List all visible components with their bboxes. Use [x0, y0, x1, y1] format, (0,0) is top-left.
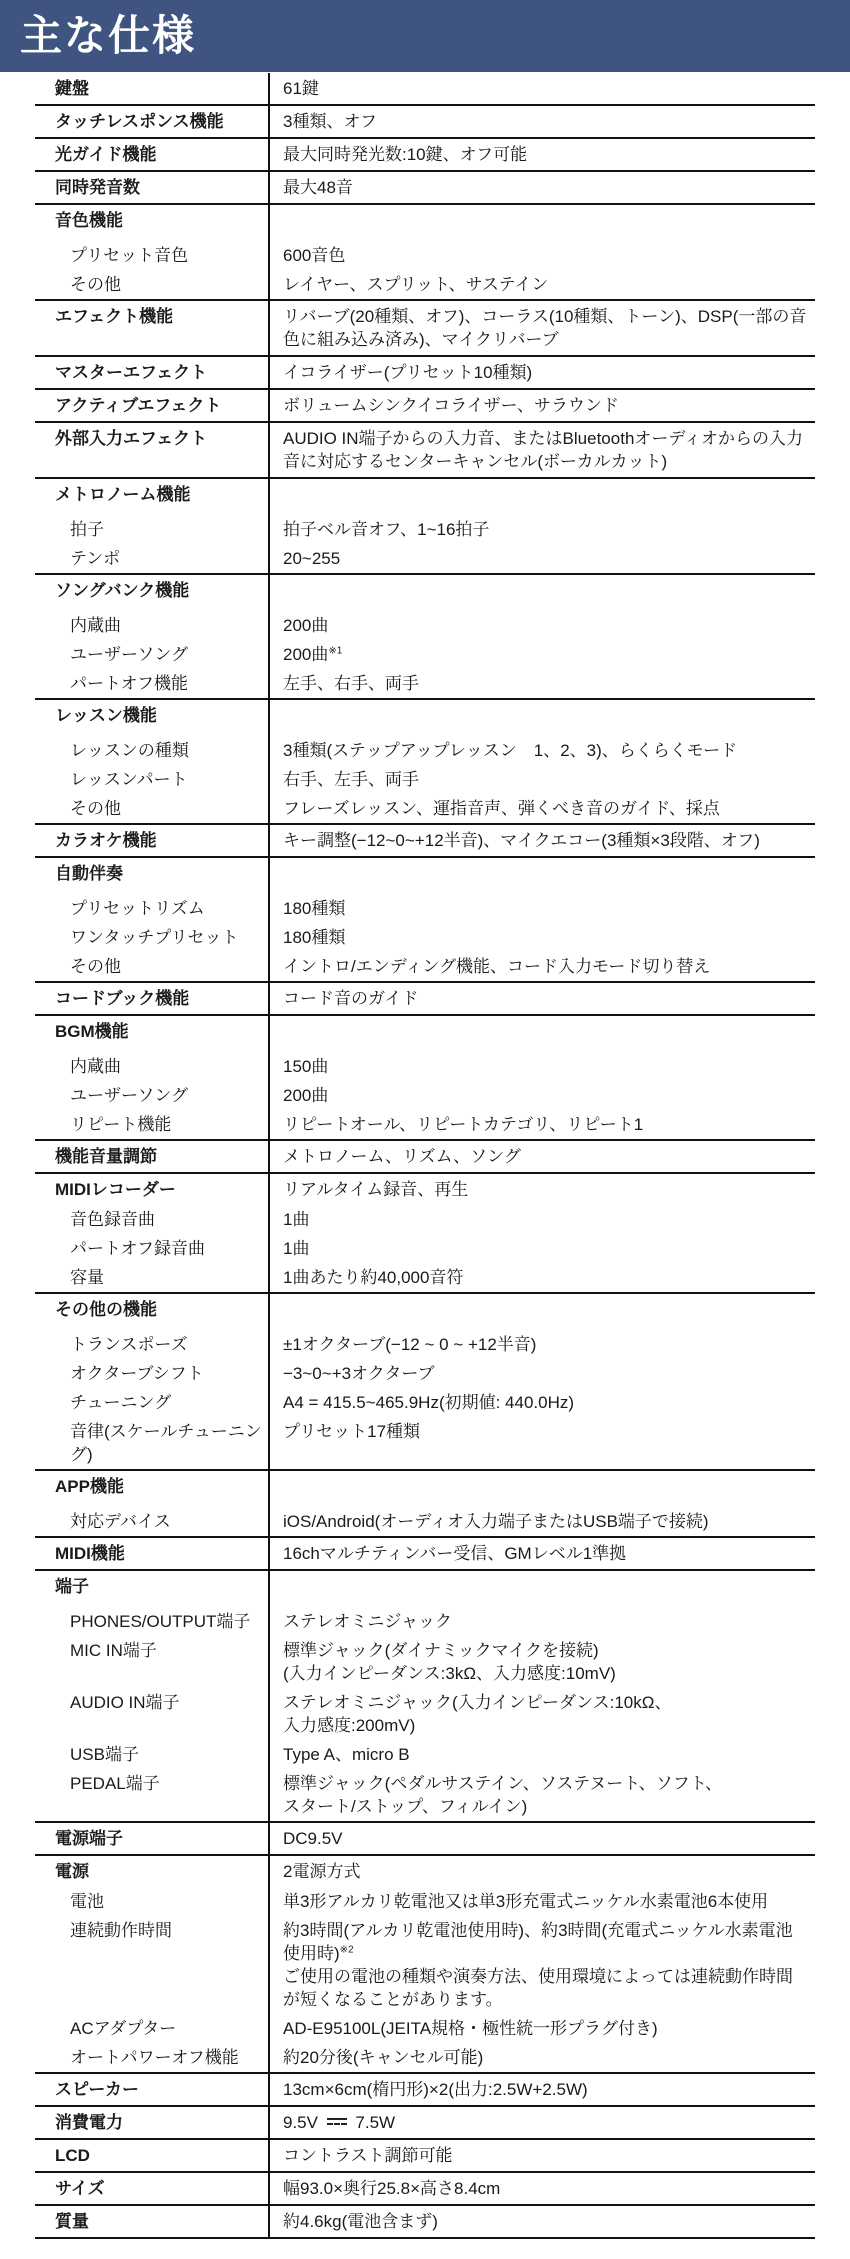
dc-symbol-icon	[327, 2118, 347, 2125]
spec-value	[268, 1571, 815, 1607]
spec-label: ユーザーソング	[35, 640, 268, 669]
spec-value: 最大同時発光数:10鍵、オフ可能	[268, 139, 815, 170]
spec-row: その他レイヤー、スプリット、サステイン	[35, 270, 815, 299]
spec-row: 内蔵曲200曲	[35, 611, 815, 640]
spec-label: LCD	[35, 2140, 268, 2171]
spec-value: 約3時間(アルカリ乾電池使用時)、約3時間(充電式ニッケル水素電池使用時)※2ご…	[268, 1916, 815, 2014]
spec-row: マスターエフェクトイコライザー(プリセット10種類)	[35, 355, 815, 388]
spec-value: 3種類(ステップアップレッスン 1、2、3)、らくらくモード	[268, 736, 815, 765]
spec-value	[268, 858, 815, 894]
spec-row: 拍子拍子ベル音オフ、1~16拍子	[35, 515, 815, 544]
spec-value: 左手、右手、両手	[268, 669, 815, 698]
spec-value: ボリュームシンクイコライザー、サラウンド	[268, 390, 815, 421]
spec-value: 3種類、オフ	[268, 106, 815, 137]
spec-value: 200曲※1	[268, 640, 815, 669]
spec-label: PHONES/OUTPUT端子	[35, 1607, 268, 1636]
spec-row: 外部入力エフェクトAUDIO IN端子からの入力音、またはBluetoothオー…	[35, 421, 815, 477]
spec-label: オートパワーオフ機能	[35, 2043, 268, 2072]
spec-row: スピーカー13cm×6cm(楕円形)×2(出力:2.5W+2.5W)	[35, 2072, 815, 2105]
spec-row: パートオフ録音曲1曲	[35, 1234, 815, 1263]
spec-value: 20~255	[268, 544, 815, 573]
spec-row: 端子	[35, 1569, 815, 1607]
spec-label: リピート機能	[35, 1110, 268, 1139]
spec-row: テンポ20~255	[35, 544, 815, 573]
spec-label: テンポ	[35, 544, 268, 573]
spec-value: レイヤー、スプリット、サステイン	[268, 270, 815, 299]
spec-label: 対応デバイス	[35, 1507, 268, 1536]
spec-row: 機能音量調節メトロノーム、リズム、ソング	[35, 1139, 815, 1172]
spec-row: LCDコントラスト調節可能	[35, 2138, 815, 2171]
spec-value: 200曲	[268, 611, 815, 640]
spec-label: PEDAL端子	[35, 1769, 268, 1821]
spec-label: MIDIレコーダー	[35, 1174, 268, 1205]
spec-row: 質量約4.6kg(電池含まず)	[35, 2204, 815, 2237]
spec-label: プリセット音色	[35, 241, 268, 270]
spec-row: 音色録音曲1曲	[35, 1205, 815, 1234]
spec-value: Type A、micro B	[268, 1740, 815, 1769]
spec-label: パートオフ録音曲	[35, 1234, 268, 1263]
spec-label: スピーカー	[35, 2074, 268, 2105]
spec-value: 右手、左手、両手	[268, 765, 815, 794]
spec-value: A4 = 415.5~465.9Hz(初期値: 440.0Hz)	[268, 1388, 815, 1417]
spec-row: リピート機能リピートオール、リピートカテゴリ、リピート1	[35, 1110, 815, 1139]
spec-row: オートパワーオフ機能約20分後(キャンセル可能)	[35, 2043, 815, 2072]
spec-row: BGM機能	[35, 1014, 815, 1052]
spec-row: レッスンの種類3種類(ステップアップレッスン 1、2、3)、らくらくモード	[35, 736, 815, 765]
spec-label: コードブック機能	[35, 983, 268, 1014]
spec-label: 外部入力エフェクト	[35, 423, 268, 477]
spec-table: 鍵盤61鍵タッチレスポンス機能3種類、オフ光ガイド機能最大同時発光数:10鍵、オ…	[35, 73, 815, 2239]
spec-label: 容量	[35, 1263, 268, 1292]
spec-label: その他	[35, 794, 268, 823]
spec-label: ユーザーソング	[35, 1081, 268, 1110]
spec-value: 180種類	[268, 894, 815, 923]
spec-label: USB端子	[35, 1740, 268, 1769]
spec-label: オクターブシフト	[35, 1359, 268, 1388]
spec-label: 自動伴奏	[35, 858, 268, 894]
spec-value	[268, 1016, 815, 1052]
spec-value	[268, 575, 815, 611]
spec-row: ソングバンク機能	[35, 573, 815, 611]
spec-value: 150曲	[268, 1052, 815, 1081]
spec-label: 連続動作時間	[35, 1916, 268, 2014]
spec-value: 16chマルチティンバー受信、GMレベル1準拠	[268, 1538, 815, 1569]
spec-value: フレーズレッスン、運指音声、弾くべき音のガイド、採点	[268, 794, 815, 823]
spec-label: ワンタッチプリセット	[35, 923, 268, 952]
spec-label: レッスン機能	[35, 700, 268, 736]
spec-label: 音色録音曲	[35, 1205, 268, 1234]
spec-label: AUDIO IN端子	[35, 1688, 268, 1740]
spec-label: MIC IN端子	[35, 1636, 268, 1688]
footnote-marker: ※2	[340, 1944, 354, 1955]
spec-row: チューニングA4 = 415.5~465.9Hz(初期値: 440.0Hz)	[35, 1388, 815, 1417]
spec-label: 質量	[35, 2206, 268, 2237]
spec-label: タッチレスポンス機能	[35, 106, 268, 137]
spec-value	[268, 1471, 815, 1507]
spec-value	[268, 205, 815, 241]
spec-row: タッチレスポンス機能3種類、オフ	[35, 104, 815, 137]
spec-row: その他の機能	[35, 1292, 815, 1330]
spec-row: レッスン機能	[35, 698, 815, 736]
spec-value: 9.5V 7.5W	[268, 2107, 815, 2138]
spec-label: サイズ	[35, 2173, 268, 2204]
spec-value: 幅93.0×奥行25.8×高さ8.4cm	[268, 2173, 815, 2204]
footnote-marker: ※1	[328, 645, 342, 656]
spec-label: ソングバンク機能	[35, 575, 268, 611]
spec-value: イコライザー(プリセット10種類)	[268, 357, 815, 388]
spec-value: プリセット17種類	[268, 1417, 815, 1469]
spec-label: レッスンの種類	[35, 736, 268, 765]
spec-value: 拍子ベル音オフ、1~16拍子	[268, 515, 815, 544]
spec-label: 鍵盤	[35, 73, 268, 104]
spec-value: 単3形アルカリ乾電池又は単3形充電式ニッケル水素電池6本使用	[268, 1887, 815, 1916]
spec-value: リピートオール、リピートカテゴリ、リピート1	[268, 1110, 815, 1139]
spec-label: 電池	[35, 1887, 268, 1916]
spec-value: 標準ジャック(ペダルサステイン、ソステヌート、ソフト、スタート/ストップ、フィル…	[268, 1769, 815, 1821]
spec-row: その他フレーズレッスン、運指音声、弾くべき音のガイド、採点	[35, 794, 815, 823]
spec-row: ユーザーソング200曲※1	[35, 640, 815, 669]
spec-label: エフェクト機能	[35, 301, 268, 355]
spec-value: 200曲	[268, 1081, 815, 1110]
spec-row: 光ガイド機能最大同時発光数:10鍵、オフ可能	[35, 137, 815, 170]
spec-label: APP機能	[35, 1471, 268, 1507]
spec-row: その他イントロ/エンディング機能、コード入力モード切り替え	[35, 952, 815, 981]
spec-row: PHONES/OUTPUT端子ステレオミニジャック	[35, 1607, 815, 1636]
spec-label: 電源	[35, 1856, 268, 1887]
spec-label: 内蔵曲	[35, 611, 268, 640]
spec-row: 電源2電源方式	[35, 1854, 815, 1887]
spec-value: リバーブ(20種類、オフ)、コーラス(10種類、トーン)、DSP(一部の音色に組…	[268, 301, 815, 355]
spec-value: −3~0~+3オクターブ	[268, 1359, 815, 1388]
spec-label: 機能音量調節	[35, 1141, 268, 1172]
spec-label: MIDI機能	[35, 1538, 268, 1569]
spec-row: 自動伴奏	[35, 856, 815, 894]
spec-row: サイズ幅93.0×奥行25.8×高さ8.4cm	[35, 2171, 815, 2204]
spec-label: パートオフ機能	[35, 669, 268, 698]
spec-label: メトロノーム機能	[35, 479, 268, 515]
spec-label: その他の機能	[35, 1294, 268, 1330]
spec-label: カラオケ機能	[35, 825, 268, 856]
spec-value: 2電源方式	[268, 1856, 815, 1887]
spec-row: カラオケ機能キー調整(−12~0~+12半音)、マイクエコー(3種類×3段階、オ…	[35, 823, 815, 856]
spec-row: USB端子Type A、micro B	[35, 1740, 815, 1769]
spec-label: 音律(スケールチューニング)	[35, 1417, 268, 1469]
spec-value: 600音色	[268, 241, 815, 270]
spec-row: ワンタッチプリセット180種類	[35, 923, 815, 952]
page-header: 主な仕様	[0, 0, 850, 72]
spec-row: トランスポーズ±1オクターブ(−12 ~ 0 ~ +12半音)	[35, 1330, 815, 1359]
spec-value	[268, 479, 815, 515]
spec-row: AUDIO IN端子ステレオミニジャック(入力インピーダンス:10kΩ、入力感度…	[35, 1688, 815, 1740]
spec-row: 内蔵曲150曲	[35, 1052, 815, 1081]
spec-row: 電池単3形アルカリ乾電池又は単3形充電式ニッケル水素電池6本使用	[35, 1887, 815, 1916]
spec-row: エフェクト機能リバーブ(20種類、オフ)、コーラス(10種類、トーン)、DSP(…	[35, 299, 815, 355]
spec-value: DC9.5V	[268, 1823, 815, 1854]
spec-label: レッスンパート	[35, 765, 268, 794]
spec-value: コントラスト調節可能	[268, 2140, 815, 2171]
spec-row: オクターブシフト−3~0~+3オクターブ	[35, 1359, 815, 1388]
spec-row: ACアダプターAD-E95100L(JEITA規格・極性統一形プラグ付き)	[35, 2014, 815, 2043]
spec-row: アクティブエフェクトボリュームシンクイコライザー、サラウンド	[35, 388, 815, 421]
spec-row: プリセット音色600音色	[35, 241, 815, 270]
spec-row: 電源端子DC9.5V	[35, 1821, 815, 1854]
spec-row: 消費電力9.5V 7.5W	[35, 2105, 815, 2138]
spec-row: MIC IN端子標準ジャック(ダイナミックマイクを接続)(入力インピーダンス:3…	[35, 1636, 815, 1688]
spec-value: 1曲	[268, 1234, 815, 1263]
spec-label: 消費電力	[35, 2107, 268, 2138]
spec-label: 光ガイド機能	[35, 139, 268, 170]
spec-value: 1曲	[268, 1205, 815, 1234]
spec-label: 拍子	[35, 515, 268, 544]
spec-label: マスターエフェクト	[35, 357, 268, 388]
spec-row: レッスンパート右手、左手、両手	[35, 765, 815, 794]
spec-value: 約4.6kg(電池含まず)	[268, 2206, 815, 2237]
spec-label: 電源端子	[35, 1823, 268, 1854]
spec-value: ステレオミニジャック	[268, 1607, 815, 1636]
spec-value: 180種類	[268, 923, 815, 952]
spec-row: 容量1曲あたり約40,000音符	[35, 1263, 815, 1292]
spec-row: パートオフ機能左手、右手、両手	[35, 669, 815, 698]
spec-value: 標準ジャック(ダイナミックマイクを接続)(入力インピーダンス:3kΩ、入力感度:…	[268, 1636, 815, 1688]
spec-value: AD-E95100L(JEITA規格・極性統一形プラグ付き)	[268, 2014, 815, 2043]
spec-label: 音色機能	[35, 205, 268, 241]
spec-label: トランスポーズ	[35, 1330, 268, 1359]
spec-value: ±1オクターブ(−12 ~ 0 ~ +12半音)	[268, 1330, 815, 1359]
spec-value: 約20分後(キャンセル可能)	[268, 2043, 815, 2072]
spec-value: AUDIO IN端子からの入力音、またはBluetoothオーディオからの入力音…	[268, 423, 815, 477]
spec-value: 61鍵	[268, 73, 815, 104]
spec-row: PEDAL端子標準ジャック(ペダルサステイン、ソステヌート、ソフト、スタート/ス…	[35, 1769, 815, 1821]
spec-value: 最大48音	[268, 172, 815, 203]
spec-row: MIDI機能16chマルチティンバー受信、GMレベル1準拠	[35, 1536, 815, 1569]
spec-row: 同時発音数最大48音	[35, 170, 815, 203]
spec-row: 連続動作時間約3時間(アルカリ乾電池使用時)、約3時間(充電式ニッケル水素電池使…	[35, 1916, 815, 2014]
spec-row: 音色機能	[35, 203, 815, 241]
spec-label: アクティブエフェクト	[35, 390, 268, 421]
spec-label: 端子	[35, 1571, 268, 1607]
spec-label: チューニング	[35, 1388, 268, 1417]
spec-value: ステレオミニジャック(入力インピーダンス:10kΩ、入力感度:200mV)	[268, 1688, 815, 1740]
spec-row: 対応デバイスiOS/Android(オーディオ入力端子またはUSB端子で接続)	[35, 1507, 815, 1536]
spec-row: メトロノーム機能	[35, 477, 815, 515]
spec-row: プリセットリズム180種類	[35, 894, 815, 923]
spec-label: ACアダプター	[35, 2014, 268, 2043]
spec-value: 1曲あたり約40,000音符	[268, 1263, 815, 1292]
spec-label: BGM機能	[35, 1016, 268, 1052]
spec-row: APP機能	[35, 1469, 815, 1507]
spec-label: プリセットリズム	[35, 894, 268, 923]
spec-value: リアルタイム録音、再生	[268, 1174, 815, 1205]
spec-value: メトロノーム、リズム、ソング	[268, 1141, 815, 1172]
spec-value	[268, 1294, 815, 1330]
spec-value: 13cm×6cm(楕円形)×2(出力:2.5W+2.5W)	[268, 2074, 815, 2105]
spec-row: MIDIレコーダーリアルタイム録音、再生	[35, 1172, 815, 1205]
spec-value: コード音のガイド	[268, 983, 815, 1014]
spec-row: 鍵盤61鍵	[35, 73, 815, 104]
spec-value: iOS/Android(オーディオ入力端子またはUSB端子で接続)	[268, 1507, 815, 1536]
spec-label: 同時発音数	[35, 172, 268, 203]
spec-row: 音律(スケールチューニング)プリセット17種類	[35, 1417, 815, 1469]
page-title: 主な仕様	[20, 15, 196, 57]
spec-row: ユーザーソング200曲	[35, 1081, 815, 1110]
spec-value: キー調整(−12~0~+12半音)、マイクエコー(3種類×3段階、オフ)	[268, 825, 815, 856]
spec-label: その他	[35, 270, 268, 299]
spec-label: 内蔵曲	[35, 1052, 268, 1081]
spec-value	[268, 700, 815, 736]
spec-row: コードブック機能コード音のガイド	[35, 981, 815, 1014]
spec-value: イントロ/エンディング機能、コード入力モード切り替え	[268, 952, 815, 981]
spec-label: その他	[35, 952, 268, 981]
